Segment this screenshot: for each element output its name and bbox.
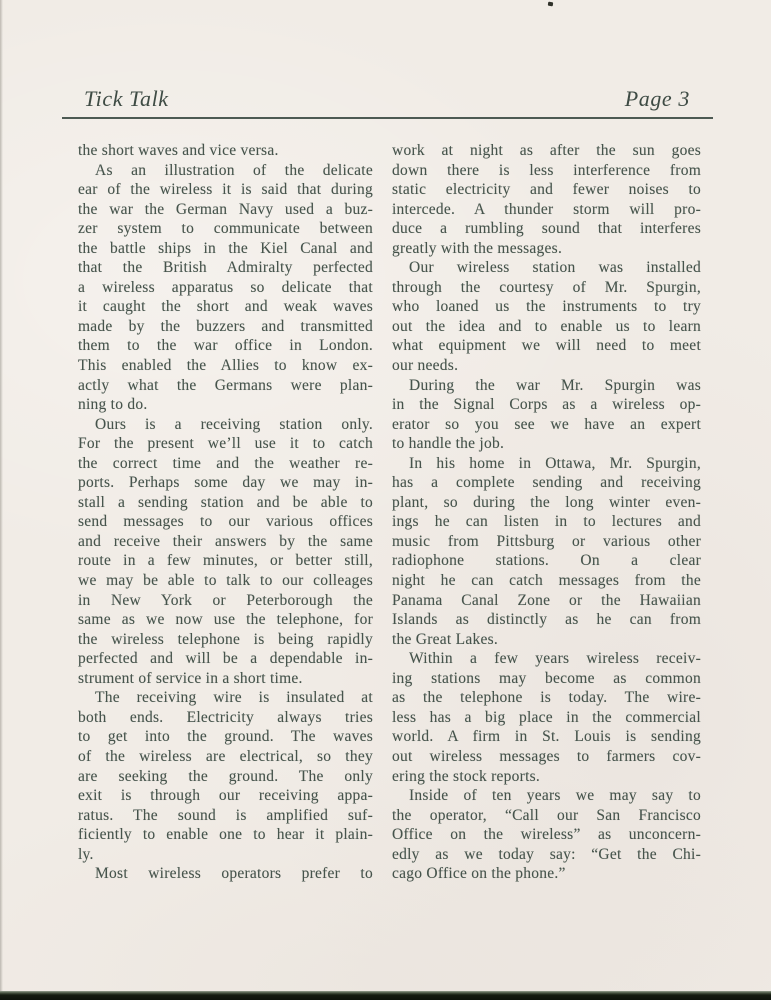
paragraph: the short waves and vice versa. bbox=[78, 141, 373, 161]
paragraph: The receiving wire is insulated atboth e… bbox=[78, 688, 373, 864]
paragraph: As an illustration of the delicateear of… bbox=[78, 161, 373, 415]
text-line: As an illustration of the delicate bbox=[78, 161, 373, 181]
text-line: Most wireless operators prefer to bbox=[78, 864, 373, 884]
column-left: the short waves and vice versa.As an ill… bbox=[78, 141, 373, 884]
paragraph: During the war Mr. Spurgin wasin the Sig… bbox=[392, 376, 701, 454]
text-line: what equipment we will need to meet bbox=[392, 336, 701, 356]
text-line: that the British Admiralty perfected bbox=[78, 258, 373, 278]
text-line: ering the stock reports. bbox=[392, 767, 701, 787]
text-line: Panama Canal Zone or the Hawaiian bbox=[392, 591, 701, 611]
text-line: exit is through our receiving appa- bbox=[78, 786, 373, 806]
text-line: The receiving wire is insulated at bbox=[78, 688, 373, 708]
text-line: out wireless messages to farmers cov- bbox=[392, 747, 701, 767]
publication-title: Tick Talk bbox=[84, 86, 169, 112]
paragraph: Most wireless operators prefer to bbox=[78, 864, 373, 884]
paragraph: work at night as after the sun goesdown … bbox=[392, 141, 701, 258]
text-line: through the courtesy of Mr. Spurgin, bbox=[392, 278, 701, 298]
text-line: Islands as distinctly as he can from bbox=[392, 610, 701, 630]
text-line: send messages to our various offices bbox=[78, 512, 373, 532]
text-line: cago Office on the phone.” bbox=[392, 864, 701, 884]
text-line: the operator, “Call our San Francisco bbox=[392, 806, 701, 826]
scan-speck bbox=[548, 2, 554, 7]
text-line: down there is less interference from bbox=[392, 161, 701, 181]
text-line: out the idea and to enable us to learn bbox=[392, 317, 701, 337]
text-line: actly what the Germans were plan- bbox=[78, 376, 373, 396]
text-line: are seeking the ground. The only bbox=[78, 767, 373, 787]
text-line: the battle ships in the Kiel Canal and bbox=[78, 239, 373, 259]
text-line: edly as we today say: “Get the Chi- bbox=[392, 845, 701, 865]
text-line: ficiently to enable one to hear it plain… bbox=[78, 825, 373, 845]
text-line: plant, so during the long winter even- bbox=[392, 493, 701, 513]
text-line: erator so you see we have an expert bbox=[392, 415, 701, 435]
text-line: in New York or Peterborough the bbox=[78, 591, 373, 611]
text-line: During the war Mr. Spurgin was bbox=[392, 376, 701, 396]
text-line: the short waves and vice versa. bbox=[78, 141, 373, 161]
text-line: In his home in Ottawa, Mr. Spurgin, bbox=[392, 454, 701, 474]
text-line: our needs. bbox=[392, 356, 701, 376]
text-line: of the wireless are electrical, so they bbox=[78, 747, 373, 767]
text-line: Ours is a receiving station only. bbox=[78, 415, 373, 435]
text-line: to get into the ground. The waves bbox=[78, 727, 373, 747]
text-line: ear of the wireless it is said that duri… bbox=[78, 180, 373, 200]
text-line: perfected and will be a dependable in- bbox=[78, 649, 373, 669]
text-line: night he can catch messages from the bbox=[392, 571, 701, 591]
text-columns: the short waves and vice versa.As an ill… bbox=[78, 141, 701, 884]
text-line: duce a rumbling sound that interferes bbox=[392, 219, 701, 239]
text-line: both ends. Electricity always tries bbox=[78, 708, 373, 728]
text-line: and receive their answers by the same bbox=[78, 532, 373, 552]
text-line: ings he can listen in to lectures and bbox=[392, 512, 701, 532]
text-line: For the present we’ll use it to catch bbox=[78, 434, 373, 454]
text-line: work at night as after the sun goes bbox=[392, 141, 701, 161]
text-line: strument of service in a short time. bbox=[78, 669, 373, 689]
page-number: Page 3 bbox=[625, 86, 690, 112]
text-line: world. A firm in St. Louis is sending bbox=[392, 727, 701, 747]
text-line: it caught the short and weak waves bbox=[78, 297, 373, 317]
text-line: in the Signal Corps as a wireless op- bbox=[392, 395, 701, 415]
text-line: who loaned us the instruments to try bbox=[392, 297, 701, 317]
text-line: we may be able to talk to our colleages bbox=[78, 571, 373, 591]
text-line: ly. bbox=[78, 845, 373, 865]
text-line: made by the buzzers and transmitted bbox=[78, 317, 373, 337]
text-line: ning to do. bbox=[78, 395, 373, 415]
text-line: a wireless apparatus so delicate that bbox=[78, 278, 373, 298]
text-line: as the telephone is today. The wire- bbox=[392, 688, 701, 708]
text-line: intercede. A thunder storm will pro- bbox=[392, 200, 701, 220]
text-line: the wireless telephone is being rapidly bbox=[78, 630, 373, 650]
text-line: less has a big place in the commercial bbox=[392, 708, 701, 728]
paragraph: In his home in Ottawa, Mr. Spurgin,has a… bbox=[392, 454, 701, 649]
text-line: stall a sending station and be able to bbox=[78, 493, 373, 513]
scan-edge-bottom bbox=[0, 991, 771, 1000]
text-line: the Great Lakes. bbox=[392, 630, 701, 650]
text-line: greatly with the messages. bbox=[392, 239, 701, 259]
text-line: the war the German Navy used a buz- bbox=[78, 200, 373, 220]
text-line: zer system to communicate between bbox=[78, 219, 373, 239]
paragraph: Our wireless station was installedthroug… bbox=[392, 258, 701, 375]
paragraph: Within a few years wireless receiv-ing s… bbox=[392, 649, 701, 786]
text-line: Inside of ten years we may say to bbox=[392, 786, 701, 806]
text-line: radiophone stations. On a clear bbox=[392, 551, 701, 571]
column-right: work at night as after the sun goesdown … bbox=[392, 141, 701, 884]
text-line: the correct time and the weather re- bbox=[78, 454, 373, 474]
text-line: ports. Perhaps some day we may in- bbox=[78, 473, 373, 493]
paragraph: Inside of ten years we may say tothe ope… bbox=[392, 786, 701, 884]
text-line: ratus. The sound is amplified suf- bbox=[78, 806, 373, 826]
text-line: ing stations may become as common bbox=[392, 669, 701, 689]
text-line: Our wireless station was installed bbox=[392, 258, 701, 278]
text-line: music from Pittsburg or various other bbox=[392, 532, 701, 552]
scan-edge-left bbox=[0, 0, 3, 1000]
text-line: same as we now use the telephone, for bbox=[78, 610, 373, 630]
page-header: Tick Talk Page 3 bbox=[62, 86, 713, 119]
text-line: has a complete sending and receiving bbox=[392, 473, 701, 493]
text-line: to handle the job. bbox=[392, 434, 701, 454]
text-line: route in a few minutes, or better still, bbox=[78, 551, 373, 571]
paragraph: Ours is a receiving station only.For the… bbox=[78, 415, 373, 689]
text-line: Office on the wireless” as unconcern- bbox=[392, 825, 701, 845]
text-line: This enabled the Allies to know ex- bbox=[78, 356, 373, 376]
text-line: them to the war office in London. bbox=[78, 336, 373, 356]
text-line: static electricity and fewer noises to bbox=[392, 180, 701, 200]
text-line: Within a few years wireless receiv- bbox=[392, 649, 701, 669]
